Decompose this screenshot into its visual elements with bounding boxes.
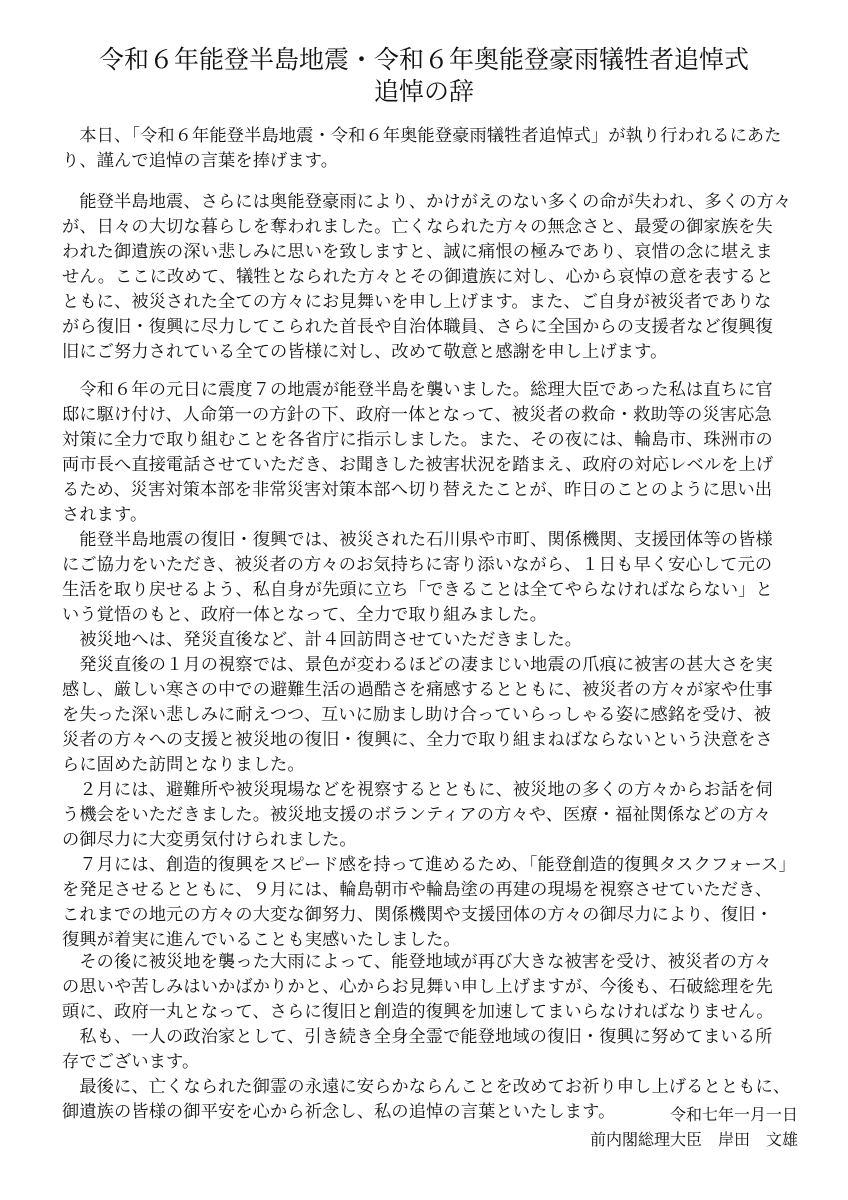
text-line: 生活を取り戻せるよう、私自身が先頭に立ち「できることは全てやらなければならない」… [62, 578, 773, 603]
text-line: ともに、被災された全ての方々にお見舞いを申し上げます。また、ご自身が被災者であり… [62, 290, 771, 315]
text-line: その後に被災地を襲った大雨によって、能登地域が再び大きな被害を受け、被災者の方々 [62, 950, 772, 975]
document-title: 令和６年能登半島地震・令和６年奥能登豪雨犠牲者追悼式 [0, 44, 848, 76]
text-line: にご協力をいただき、被災者の方々のお気持ちに寄り添いながら、１日も早く安心して元… [62, 553, 772, 578]
text-line: の思いや苦しみはいかばかりかと、心からお見舞い申し上げますが、今後も、石破総理を… [62, 975, 773, 1000]
text-line: せん。ここに改めて、犠牲となられた方々とその御遺族に対し、心から哀悼の意を表する… [62, 265, 774, 290]
text-line: ２月には、避難所や被災現場などを視察するとともに、被災地の多くの方々からお話を伺 [62, 778, 773, 803]
text-line: 能登半島地震の復旧・復興では、被災された石川県や市町、関係機関、支援団体等の皆様 [62, 528, 773, 553]
text-line: 対策に全力で取り組むことを各省庁に指示しました。また、その夜には、輪島市、珠洲市… [62, 428, 773, 453]
text-line: されます。 [62, 503, 147, 528]
text-line: を発足させるとともに、９月には、輪島朝市や輪島塗の再建の現場を視察させていただき… [62, 878, 772, 903]
text-line: う機会をいただきました。被災地支援のボランティアの方々や、医療・福祉関係などの方… [62, 803, 771, 828]
text-line: 邸に駆け付け、人命第一の方針の下、政府一体となって、被災者の救命・救助等の災害応… [62, 403, 772, 428]
text-line: 両市長へ直接電話させていただき、お聞きした被害状況を踏まえ、政府の対応レベルを上… [62, 453, 773, 478]
document-subtitle: 追悼の辞 [0, 76, 848, 108]
text-line: 存でございます。 [62, 1050, 199, 1075]
text-line: いう覚悟のもと、政府一体となって、全力で取り組みました。 [62, 603, 547, 628]
text-line: ７月には、創造的復興をスピード感を持って進めるため、「能登創造的復興タスクフォー… [62, 853, 796, 878]
text-line: 感し、厳しい寒さの中での避難生活の過酷さを痛感するとともに、被災者の方々が家や仕… [62, 678, 773, 703]
text-line: これまでの地元の方々の大変な御努力、関係機関や支援団体の方々の御尽力により、復旧… [62, 903, 773, 928]
text-line: 旧にご努力されている全ての皆様に対し、改めて敬意と感謝を申し上げます。 [62, 340, 667, 365]
text-line: 本日、「令和６年能登半島地震・令和６年奥能登豪雨犠牲者追悼式」が執り行われるにあ… [62, 124, 782, 149]
text-line: を失った深い悲しみに耐えつつ、互いに励まし助け合っていらっしゃる姿に感銘を受け、… [62, 703, 771, 728]
text-line: り、謹んで追悼の言葉を捧げます。 [62, 149, 338, 174]
text-line: 発災直後の１月の視察では、景色が変わるほどの凄まじい地震の爪痕に被害の甚大さを実 [62, 653, 773, 678]
text-line: 御遺族の皆様の御平安を心から祈念し、私の追悼の言葉といたします。 [62, 1100, 615, 1125]
text-line: 頭に、政府一丸となって、さらに復旧と創造的復興を加速してまいらなければなりません… [62, 1000, 774, 1025]
signature-date: 令和七年一月一日 [670, 1103, 798, 1127]
text-line: われた御遺族の深い悲しみに思いを致しますと、誠に痛恨の極みであり、哀惜の念に堪え… [62, 240, 773, 265]
text-line: がら復旧・復興に尽力してこられた首長や自治体職員、さらに全国からの支援者など復興… [62, 315, 773, 340]
text-line: 災者の方々への支援と被災地の復旧・復興に、全力で取り組まねばならないという決意を… [62, 728, 773, 753]
text-line: 最後に、亡くなられた御霊の永遠に安らかならんことを改めてお祈り申し上げるとともに… [62, 1075, 790, 1100]
signature-author: 前内閣総理大臣 岸田 文雄 [590, 1128, 798, 1152]
text-line: の御尽力に大変勇気付けられました。 [62, 828, 357, 853]
text-line: 私も、一人の政治家として、引き続き全身全霊で能登地域の復旧・復興に努めてまいる所 [62, 1025, 773, 1050]
text-line: 能登半島地震、さらには奥能登豪雨により、かけがえのない多くの命が失われ、多くの方… [62, 190, 791, 215]
text-line: 被災地へは、発災直後など、計４回訪問させていただきました。 [62, 628, 582, 653]
text-line: るため、災害対策本部を非常災害対策本部へ切り替えたことが、昨日のことのように思い… [62, 478, 772, 503]
text-line: が、日々の大切な暮らしを奪われました。亡くなられた方々の無念さと、最愛の御家族を… [62, 215, 773, 240]
text-line: らに固めた訪問となりました。 [62, 753, 305, 778]
text-line: 令和６年の元日に震度７の地震が能登半島を襲いました。総理大臣であった私は直ちに官 [62, 378, 773, 403]
